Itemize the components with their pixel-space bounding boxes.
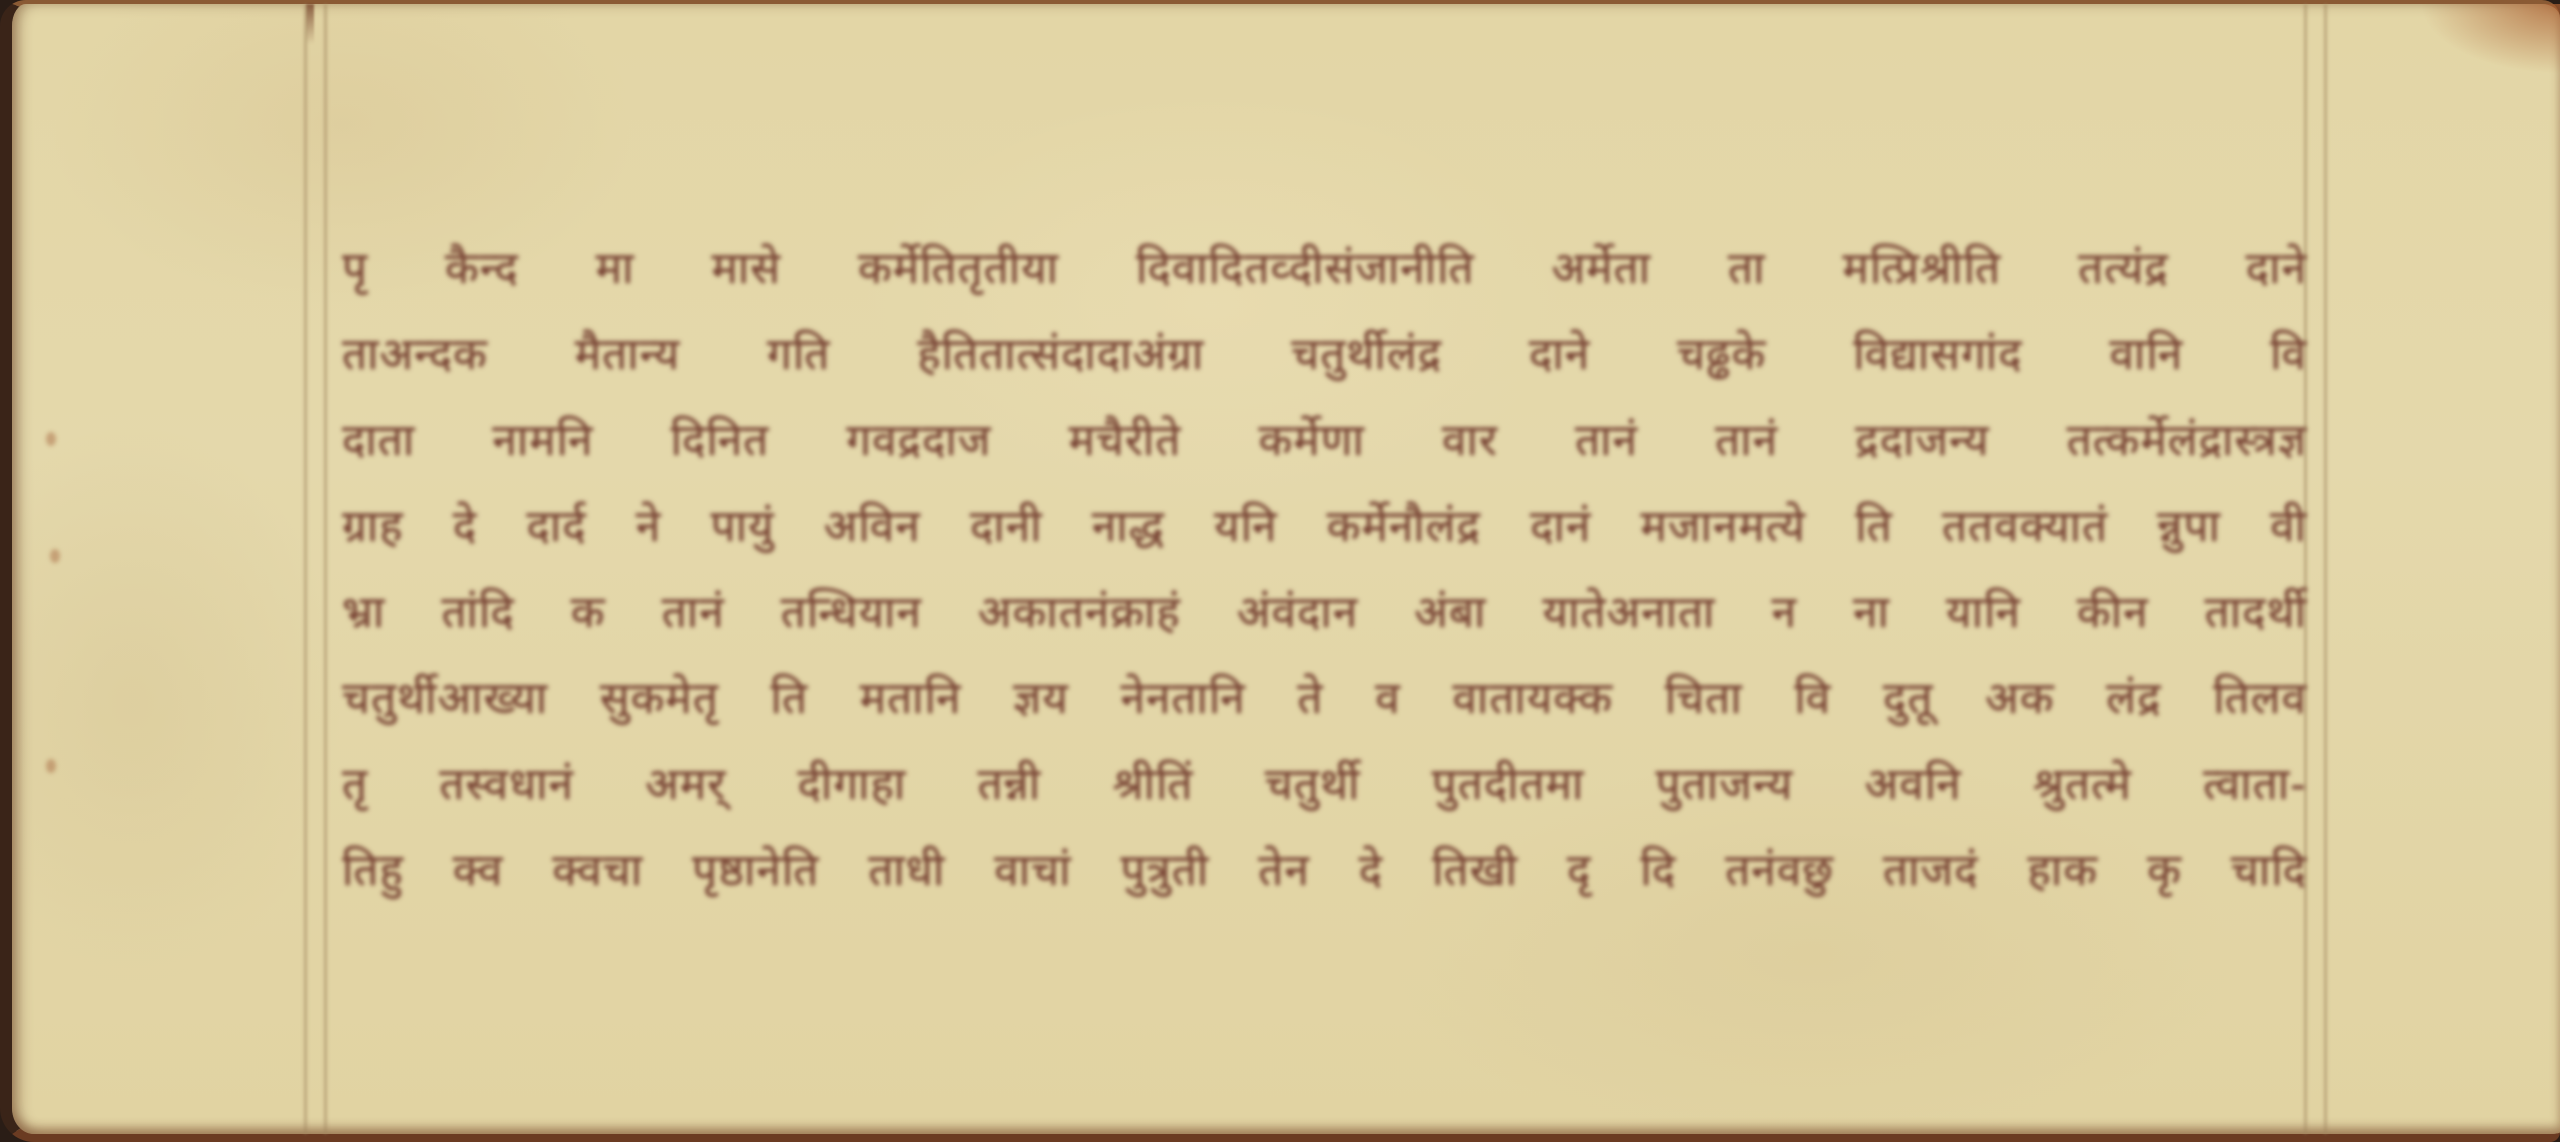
margin-stain <box>46 759 56 773</box>
manuscript-folio: पृ कैन्द मा मासे कर्मेतितृतीया दिवादितव्… <box>0 0 2560 1142</box>
manuscript-text-block: पृ कैन्द मा मासे कर्मेतितृतीया दिवादितव्… <box>342 226 2307 914</box>
corner-stain <box>2420 4 2560 74</box>
text-line-1: पृ कैन्द मा मासे कर्मेतितृतीया दिवादितव्… <box>342 226 2307 312</box>
text-line-7: तृ तस्वधानं अमर् दीगाहा तन्नी श्रीतिं चत… <box>342 742 2307 828</box>
margin-stain <box>50 549 60 563</box>
right-margin-rule <box>2324 4 2327 1134</box>
left-margin-rule <box>304 4 307 1134</box>
ink-stain <box>306 4 314 44</box>
text-line-3: दाता नामनि दिनित गवद्रदाज मचैरीते कर्मेण… <box>342 398 2307 484</box>
text-line-4: ग्राह दे दार्द ने पायुं अविन दानी नाद्ध … <box>342 484 2307 570</box>
text-line-2: ताअन्दक मैतान्य गति हैतितात्संदादाअंग्रा… <box>342 312 2307 398</box>
text-line-6: चतुर्थीआख्या सुकमेतृ ति मतानि ज्ञय नेनता… <box>342 656 2307 742</box>
text-line-8: तिहु क्व क्वचा पृष्ठानेति ताधी वाचां पुत… <box>342 828 2307 914</box>
margin-stain <box>46 432 56 446</box>
left-margin-rule-inner <box>324 4 327 1134</box>
text-line-5: भ्रा तांदि क तानं तन्धियान अकातनंक्राहं … <box>342 570 2307 656</box>
